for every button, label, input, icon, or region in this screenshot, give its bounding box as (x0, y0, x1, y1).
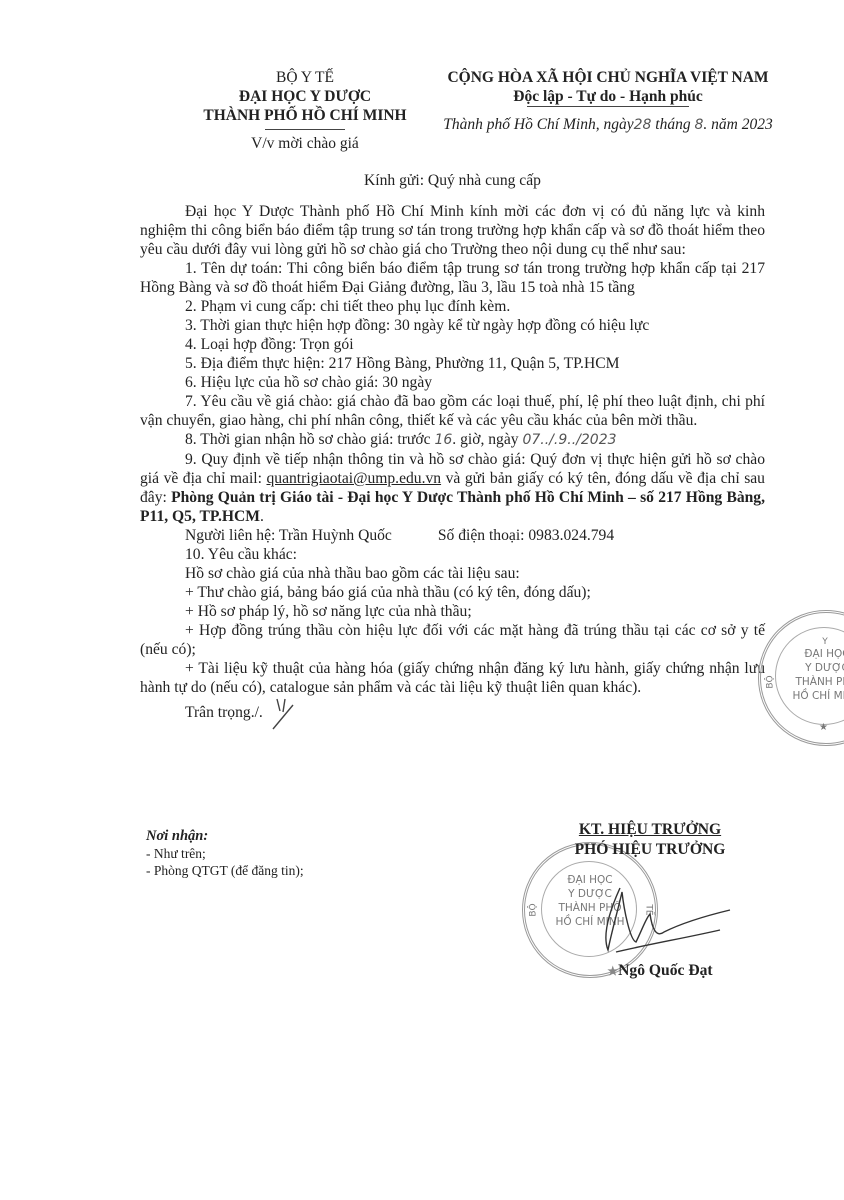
star-icon: ★ (607, 964, 618, 978)
divider (527, 106, 689, 107)
contact-phone: Số điện thoại: 0983.024.794 (438, 527, 614, 544)
item-10: 10. Yêu cầu khác: (140, 545, 765, 564)
document-date: Thành phố Hồ Chí Minh, ngày28 tháng 8. n… (418, 115, 798, 135)
date-prefix: Thành phố Hồ Chí Minh, ngày (443, 116, 633, 133)
country-name: CỘNG HÒA XÃ HỘI CHỦ NGHĨA VIỆT NAM (418, 68, 798, 87)
item-7: 7. Yêu cầu về giá chào: giá chào đã bao … (140, 392, 765, 430)
item-10-c: + Hợp đồng trúng thầu còn hiệu lực đối v… (140, 621, 765, 659)
recipients-block: Nơi nhận: - Như trên; - Phòng QTGT (để đ… (146, 828, 304, 879)
edge-seal: Y ĐẠI HỌC Y DƯỢC THÀNH PHỐ HỒ CHÍ MINH B… (758, 610, 844, 746)
recipient-item: - Như trên; (146, 845, 304, 862)
national-header: CỘNG HÒA XÃ HỘI CHỦ NGHĨA VIỆT NAM Độc l… (418, 68, 798, 135)
item-8: 8. Thời gian nhận hồ sơ chào giá: trước … (140, 430, 765, 450)
intro-paragraph: Đại học Y Dược Thành phố Hồ Chí Minh kín… (140, 202, 765, 259)
item-5: 5. Địa điểm thực hiện: 217 Hồng Bàng, Ph… (140, 354, 765, 373)
item-6: 6. Hiệu lực của hồ sơ chào giá: 30 ngày (140, 373, 765, 392)
university-name-line1: ĐẠI HỌC Y DƯỢC (190, 87, 420, 106)
signer-name-text: Ngô Quốc Đạt (618, 962, 712, 979)
star-icon: ★ (819, 721, 828, 735)
deadline-hour: 16 (434, 432, 452, 448)
seal-line: ĐẠI HỌC (777, 647, 844, 661)
ministry-name: BỘ Y TẾ (190, 68, 420, 87)
seal-line: HỒ CHÍ MINH (777, 689, 844, 703)
initial-mark-icon (271, 697, 301, 731)
item-9: 9. Quy định về tiếp nhận thông tin và hồ… (140, 450, 765, 526)
item-4: 4. Loại hợp đồng: Trọn gói (140, 335, 765, 354)
contact-line: Người liên hệ: Trần Huỳnh QuốcSố điện th… (140, 526, 765, 545)
contact-person: Người liên hệ: Trần Huỳnh Quốc (185, 527, 392, 544)
item-10-intro: Hồ sơ chào giá của nhà thầu bao gồm các … (140, 564, 765, 583)
seal-line: Y DƯỢC (777, 661, 844, 675)
recipient-item: - Phòng QTGT (để đăng tin); (146, 862, 304, 879)
issuer-block: BỘ Y TẾ ĐẠI HỌC Y DƯỢC THÀNH PHỐ HỒ CHÍ … (190, 68, 420, 153)
seal-left-text: BỘ (527, 903, 541, 916)
deadline-date: 07../.9../2023 (522, 432, 616, 448)
item-10-a: + Thư chào giá, bảng báo giá của nhà thầ… (140, 583, 765, 602)
signature-title-1: KT. HIỆU TRƯỞNG (540, 820, 760, 840)
greeting: Kính gửi: Quý nhà cung cấp (140, 172, 765, 190)
email-link[interactable]: quantrigiaotai@ump.edu.vn (266, 470, 441, 487)
date-day: 28 (634, 117, 652, 133)
item-10-b: + Hồ sơ pháp lý, hồ sơ năng lực của nhà … (140, 602, 765, 621)
delivery-address: Phòng Quản trị Giáo tài - Đại học Y Dược… (140, 489, 765, 525)
national-motto: Độc lập - Tự do - Hạnh phúc (418, 87, 798, 106)
handwritten-signature-icon (590, 880, 740, 960)
signer-name: ★Ngô Quốc Đạt (560, 962, 760, 980)
signature-title-2: PHÓ HIỆU TRƯỞNG (540, 840, 760, 860)
item-2: 2. Phạm vi cung cấp: chi tiết theo phụ l… (140, 297, 765, 316)
item-8-mid: . giờ, ngày (452, 431, 518, 448)
date-year: . năm 2023 (703, 116, 772, 133)
divider (265, 129, 345, 130)
recipients-title: Nơi nhận: (146, 828, 304, 845)
seal-left-text: BỘ (764, 675, 778, 688)
closing: Trân trọng./. (140, 697, 765, 731)
seal-text: ĐẠI HỌC Y DƯỢC THÀNH PHỐ HỒ CHÍ MINH (777, 647, 844, 703)
item-10-d: + Tài liệu kỹ thuật của hàng hóa (giấy c… (140, 659, 765, 697)
university-name-line2: THÀNH PHỐ HỒ CHÍ MINH (190, 106, 420, 125)
signature-block: KT. HIỆU TRƯỞNG PHÓ HIỆU TRƯỞNG (540, 820, 760, 860)
letter-body: Đại học Y Dược Thành phố Hồ Chí Minh kín… (140, 202, 765, 731)
subject-line: V/v mời chào giá (190, 134, 420, 153)
item-9-end: . (260, 508, 264, 525)
seal-line: THÀNH PHỐ (777, 675, 844, 689)
date-month-label: tháng (655, 116, 690, 133)
item-3: 3. Thời gian thực hiện hợp đồng: 30 ngày… (140, 316, 765, 335)
item-1: 1. Tên dự toán: Thi công biển báo điểm t… (140, 259, 765, 297)
closing-text: Trân trọng./. (185, 704, 263, 721)
item-8-label: 8. Thời gian nhận hồ sơ chào giá: trước (185, 431, 431, 448)
